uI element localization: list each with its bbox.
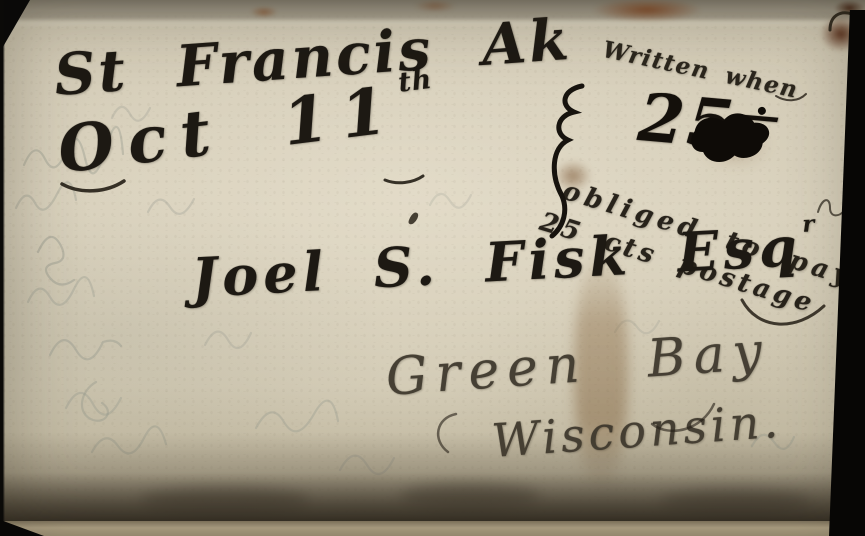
corner-hook-mark	[830, 13, 852, 30]
esq-tail-flourish	[742, 300, 824, 324]
scan-edge-left	[0, 0, 5, 536]
oct-underline-flourish	[62, 181, 124, 191]
bay-tail-flourish	[652, 404, 714, 431]
when-tail-flourish	[776, 94, 806, 100]
ordinal-underline-flourish	[385, 176, 423, 183]
bottom-fold-shadow	[0, 432, 865, 522]
scanned-letter-photo: St Francis Ak Oct 11th Written when 25— …	[0, 0, 865, 536]
paper-bottom-edge	[0, 521, 865, 536]
